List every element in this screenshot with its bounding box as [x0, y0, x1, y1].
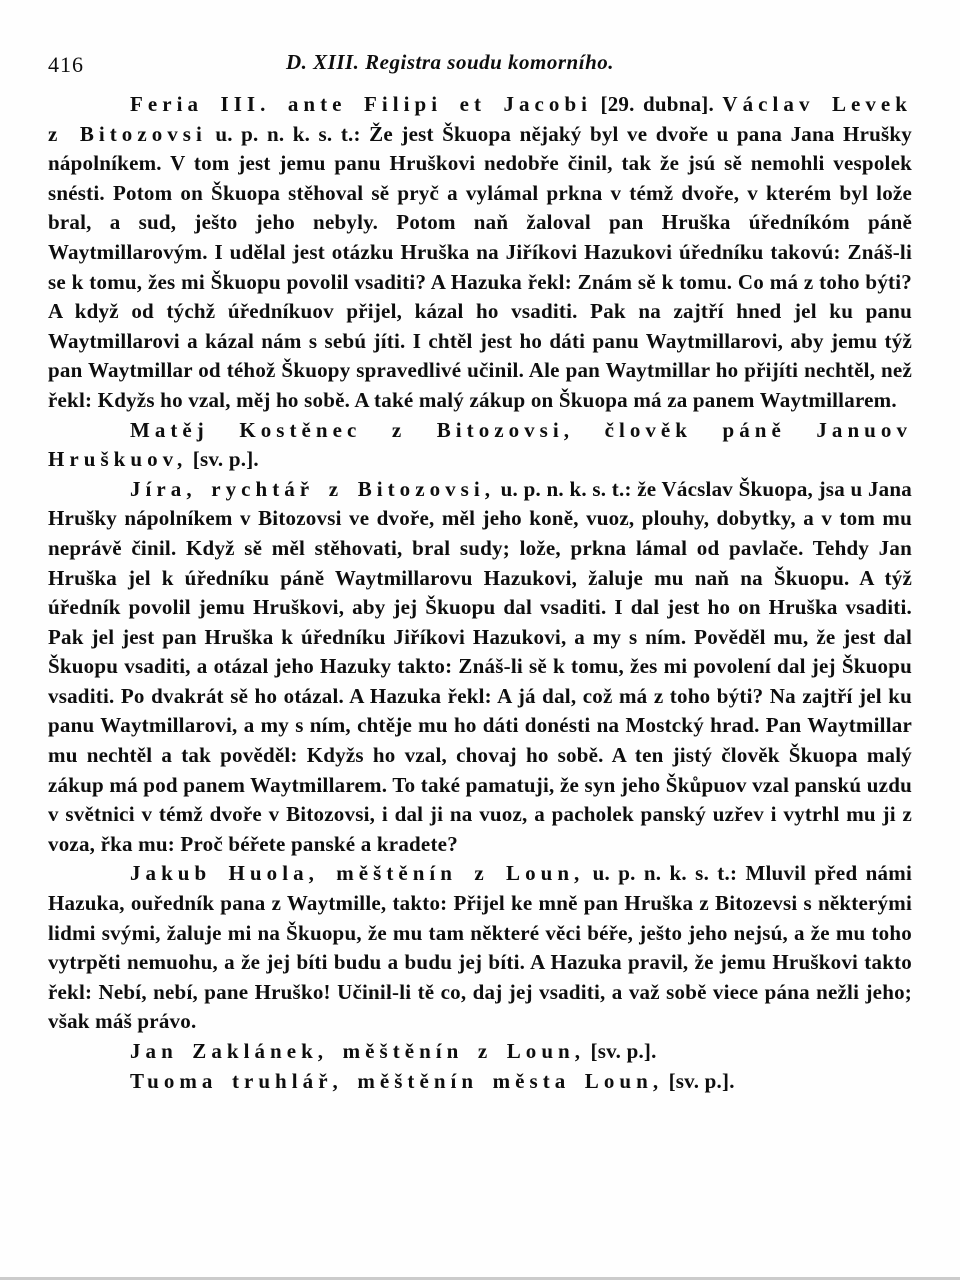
paragraph: Feria III. ante Filipi et Jacobi [29. du… — [48, 90, 912, 416]
paragraph: Jan Zaklánek, měštěnín z Loun, [sv. p.]. — [48, 1037, 912, 1067]
letterspaced-name-text: Matěj Kostěnec z Bitozovsi, člověk páně … — [48, 418, 912, 472]
book-page: 416 D. XIII. Registra soudu komorního. F… — [0, 0, 960, 1280]
paragraph: Jakub Huola, měštěnín z Loun, u. p. n. k… — [48, 859, 912, 1037]
letterspaced-name-text: Feria III. ante Filipi et Jacobi — [130, 92, 592, 116]
body-text: [sv. p.]. — [585, 1039, 657, 1063]
document-body: Feria III. ante Filipi et Jacobi [29. du… — [48, 90, 912, 1096]
letterspaced-name-text: Jan Zaklánek, měštěnín z Loun, — [130, 1039, 585, 1063]
body-text: [sv. p.]. — [187, 447, 259, 471]
running-title: D. XIII. Registra soudu komorního. — [48, 50, 852, 75]
body-text: [29. dubna]. — [592, 92, 722, 116]
body-text: u. p. n. k. s. t.: Mluvil před námi Hazu… — [48, 861, 912, 1033]
letterspaced-name-text: Jíra, rychtář z Bitozovsi, — [130, 477, 495, 501]
body-text: [sv. p.]. — [663, 1069, 735, 1093]
paragraph: Matěj Kostěnec z Bitozovsi, člověk páně … — [48, 416, 912, 475]
body-text: u. p. n. k. s. t.: že Vácslav Škuopa, js… — [48, 477, 912, 856]
body-text: u. p. n. k. s. t.: Že jest Škuopa nějaký… — [48, 122, 912, 412]
paragraph: Tuoma truhlář, měštěnín města Loun, [sv.… — [48, 1067, 912, 1097]
letterspaced-name-text: Jakub Huola, měštěnín z Loun, — [130, 861, 584, 885]
page-header: 416 D. XIII. Registra soudu komorního. — [48, 50, 912, 80]
letterspaced-name-text: Tuoma truhlář, měštěnín města Loun, — [130, 1069, 663, 1093]
paragraph: Jíra, rychtář z Bitozovsi, u. p. n. k. s… — [48, 475, 912, 860]
